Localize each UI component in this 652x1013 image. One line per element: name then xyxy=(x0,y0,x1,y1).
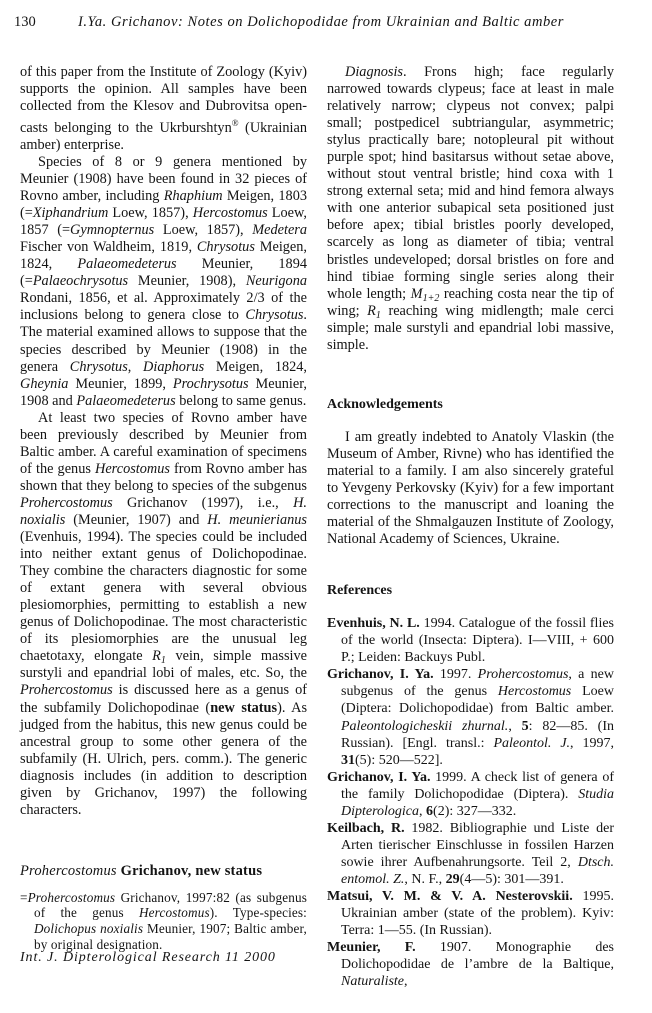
reference-item: Evenhuis, N. L. 1994. Catalogue of the f… xyxy=(327,615,614,666)
reference-item: Matsui, V. M. & V. A. Nesterovskii. 1995… xyxy=(327,888,614,939)
synonymy-entry: =Prohercostomus Grichanov, 1997:82 (as s… xyxy=(20,890,307,952)
diagnosis-label: Diagnosis xyxy=(345,64,403,80)
reference-item: Meunier, F. 1907. Monographie des Dolich… xyxy=(327,939,614,990)
page-number: 130 xyxy=(14,14,36,31)
paragraph-rovno-species: At least two species of Rovno amber have… xyxy=(20,410,307,819)
acknowledgements-heading: Acknowledgements xyxy=(327,396,614,413)
acknowledgements-text: I am greatly indebted to Anatoly Vlaskin… xyxy=(327,429,614,548)
left-column: of this paper from the Institute of Zool… xyxy=(20,64,307,952)
references-heading: References xyxy=(327,582,614,599)
diagnosis-paragraph: Diagnosis. Frons high; face regularly na… xyxy=(327,64,614,354)
reference-list: Evenhuis, N. L. 1994. Catalogue of the f… xyxy=(327,615,614,990)
right-column: Diagnosis. Frons high; face regularly na… xyxy=(327,64,614,990)
journal-footer: Int. J. Dipterological Research 11 2000 xyxy=(20,950,276,966)
reference-item: Grichanov, I. Ya. 1999. A check list of … xyxy=(327,769,614,820)
registered-mark: ® xyxy=(232,118,239,128)
paragraph-continued: of this paper from the Institute of Zool… xyxy=(20,64,307,154)
genus-heading: Prohercostomus Grichanov, new status xyxy=(20,863,307,880)
paragraph-genera: Species of 8 or 9 genera mentioned by Me… xyxy=(20,154,307,410)
reference-item: Keilbach, R. 1982. Bibliographie und Lis… xyxy=(327,820,614,888)
reference-item: Grichanov, I. Ya. 1997. Prohercostomus, … xyxy=(327,666,614,768)
running-title: I.Ya. Grichanov: Notes on Dolichopodidae… xyxy=(78,14,564,31)
new-status-bold: new status xyxy=(210,700,277,716)
